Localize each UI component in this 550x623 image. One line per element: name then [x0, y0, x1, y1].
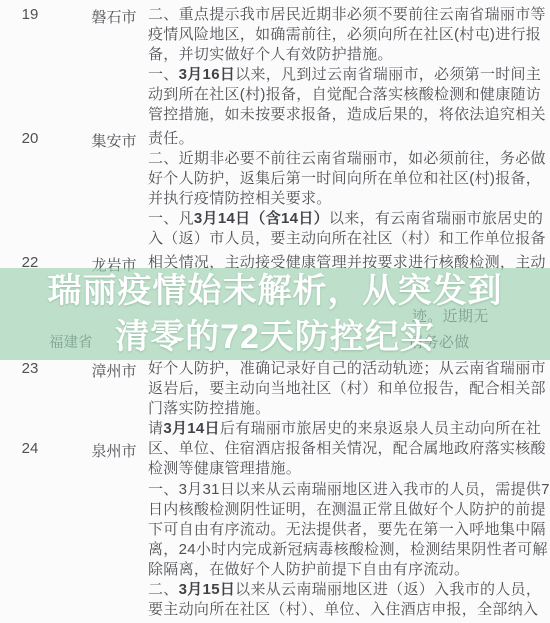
policy-text-line: 备，并切实做好个人有效防护措施。 — [148, 46, 393, 63]
epidemic-policy-table: 19磐石市20集安市22龙岩市23漳州市24泉州市福建省 二、重点提示我市居民近… — [0, 0, 550, 623]
policy-text-line: 一、凡3月14日（含14日）以来，有云南省瑞丽市旅居史的 — [148, 210, 543, 227]
policy-text-line: 门落实防控措施。 — [148, 400, 270, 417]
overlay-title-line2: 清零的72天防控纪实 — [0, 314, 550, 360]
policy-text-line: 好个人防护，返集后第一时间向所在单位和社区(村)报备， — [148, 170, 541, 187]
row-number: 23 — [14, 360, 46, 377]
policy-text-line: 区、单位、住宿酒店报备相关情况，配合属地政府落实核酸 — [148, 440, 546, 457]
policy-text-line: 要主动向所在社区（村）、单位、入住酒店申报，全部纳入 — [148, 601, 538, 618]
policy-text-line: 一、3月31日以来从云南瑞丽地区进入我市的人员，需提供7 — [148, 481, 550, 498]
policy-text-line: 二、重点提示我市居民近期非必须不要前往云南省瑞丽市等 — [148, 6, 546, 23]
policy-text-line: 动到所在社区(村)报备，自觉配合落实核酸检测和健康随访 — [148, 86, 541, 103]
city-label: 泉州市 — [88, 440, 140, 461]
policy-text-line: 检测等健康管理措施。 — [148, 460, 301, 477]
policy-text-line: 下可自由有序流动。无法提供者，要先在第一入呼地集中隔 — [148, 521, 546, 538]
city-label: 集安市 — [88, 130, 140, 151]
policy-text-line: 入（返）市人员，要主动向所在社区（村）和工作单位报备 — [148, 230, 546, 247]
policy-text-line: 二、3月15日以来从云南瑞丽地区进（返）入我市的人员， — [148, 581, 541, 598]
city-label: 磐石市 — [88, 6, 140, 27]
policy-text-line: 疫情风险地区，如确需前往，必须向所在社区(村屯)进行报 — [148, 26, 541, 43]
policy-text-line: 二、近期非必要不前往云南省瑞丽市，如必须前往，务必做 — [148, 150, 546, 167]
policy-text-line: 除隔离，在做好个人防护前提下自由有序流动。 — [148, 561, 469, 578]
policy-text-line: 一、3月16日以来，凡到过云南省瑞丽市，必须第一时间主 — [148, 66, 541, 83]
row-number: 19 — [14, 6, 46, 23]
policy-text-line: 请3月14日后有瑞丽市旅居史的来泉返泉人员主动向所在社 — [148, 420, 541, 437]
title-overlay-banner: 瑞丽疫情始末解析，从突发到 清零的72天防控纪实 — [0, 268, 550, 360]
overlay-title-line1: 瑞丽疫情始末解析，从突发到 — [0, 268, 550, 314]
city-label: 漳州市 — [88, 360, 140, 381]
policy-text-line: 日内核酸检测阴性证明，在测温正常且做好个人防护的前提 — [148, 501, 546, 518]
row-number: 24 — [14, 440, 46, 457]
policy-text-line: 返岩后，要主动向当地社区（村）和单位报告，配合相关部 — [148, 380, 546, 397]
policy-text-line: 并执行疫情防控相关要求。 — [148, 190, 332, 207]
policy-text-line: 管控措施，如未按要求报备，造成后果的，将依法追究相关 — [148, 106, 546, 123]
policy-text-line: 好个人防护，准确记录好自己的活动轨迹；从云南省瑞丽市 — [148, 360, 546, 377]
policy-text-line: 责任。 — [148, 130, 194, 147]
policy-text-line: 离，24小时内完成新冠病毒核酸检测，检测结果阴性者可解 — [148, 541, 548, 558]
row-number: 20 — [14, 130, 46, 147]
